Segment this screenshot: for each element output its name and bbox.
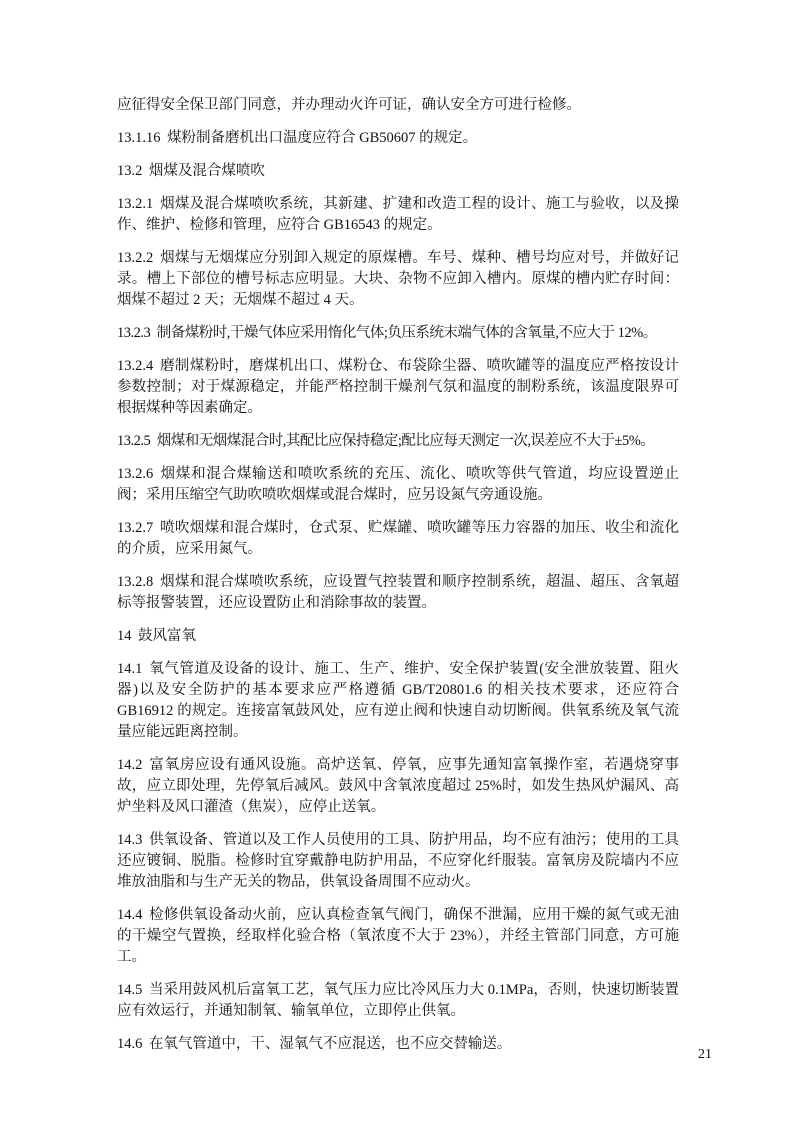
paragraph-text: 应征得安全保卫部门同意，并办理动火许可证，确认安全方可进行检修。 — [117, 97, 581, 113]
paragraph-text: 烟煤和混合煤输送和喷吹系统的充压、流化、喷吹等供气管道，均应设置逆止阀；采用压缩… — [117, 466, 679, 503]
section-number: 13.2.6 — [117, 466, 153, 482]
section-number: 13.2.2 — [117, 250, 153, 266]
section-number: 13.2.1 — [117, 196, 153, 212]
paragraph: 14.6在氧气管道中，干、湿氧气不应混送，也不应交替输送。 — [117, 1034, 679, 1055]
document-content: 应征得安全保卫部门同意，并办理动火许可证，确认安全方可进行检修。13.1.16煤… — [117, 95, 679, 1067]
paragraph-text: 鼓风富氧 — [138, 628, 196, 644]
paragraph: 14.4检修供氧设备动火前，应认真检查氧气阀门，确保不泄漏，应用干燥的氮气或无油… — [117, 905, 679, 968]
section-number: 13.1.16 — [117, 130, 161, 146]
paragraph-text: 烟煤及混合煤喷吹 — [149, 163, 265, 179]
paragraph: 应征得安全保卫部门同意，并办理动火许可证，确认安全方可进行检修。 — [117, 95, 679, 116]
section-heading: 14鼓风富氧 — [117, 626, 679, 647]
paragraph-text: 烟煤和无烟煤混合时,其配比应保持稳定;配比应每天测定一次,误差应不大于±5%。 — [157, 433, 655, 449]
paragraph-text: 当采用鼓风机后富氧工艺，氧气压力应比冷风压力大 0.1MPa，否则，快速切断装置… — [117, 982, 679, 1019]
paragraph: 13.2.5烟煤和无烟煤混合时,其配比应保持稳定;配比应每天测定一次,误差应不大… — [117, 431, 679, 452]
paragraph-text: 检修供氧设备动火前，应认真检查氧气阀门，确保不泄漏，应用干燥的氮气或无油的干燥空… — [117, 907, 679, 965]
section-number: 13.2.7 — [117, 520, 153, 536]
paragraph: 13.1.16煤粉制备磨机出口温度应符合 GB50607 的规定。 — [117, 128, 679, 149]
section-number: 13.2.5 — [117, 433, 150, 449]
section-number: 14.1 — [117, 661, 142, 677]
paragraph-text: 喷吹烟煤和混合煤时，仓式泵、贮煤罐、喷吹罐等压力容器的加压、收尘和流化的介质，应… — [117, 520, 679, 557]
paragraph-text: 烟煤及混合煤喷吹系统，其新建、扩建和改造工程的设计、施工与验收，以及操作、维护、… — [117, 196, 679, 233]
paragraph: 14.2富氧房应设有通风设施。高炉送氧、停氧，应事先通知富氧操作室，若遇烧穿事故… — [117, 755, 679, 818]
paragraph: 13.2.8烟煤和混合煤喷吹系统，应设置气控装置和顺序控制系统，超温、超压、含氧… — [117, 572, 679, 614]
section-number: 13.2.3 — [117, 325, 150, 341]
paragraph-text: 烟煤与无烟煤应分别卸入规定的原煤槽。车号、煤种、槽号均应对号，并做好记录。槽上下… — [117, 250, 679, 308]
paragraph-text: 烟煤和混合煤喷吹系统，应设置气控装置和顺序控制系统，超温、超压、含氧超标等报警装… — [117, 574, 679, 611]
paragraph: 13.2.3制备煤粉时,干燥气体应采用惰化气体;负压系统末端气体的含氧量,不应大… — [117, 323, 679, 344]
paragraph: 13.2.7喷吹烟煤和混合煤时，仓式泵、贮煤罐、喷吹罐等压力容器的加压、收尘和流… — [117, 518, 679, 560]
paragraph: 13.2.4磨制煤粉时，磨煤机出口、煤粉仓、布袋除尘器、喷吹罐等的温度应严格按设… — [117, 356, 679, 419]
section-number: 14.2 — [117, 757, 142, 773]
paragraph-text: 富氧房应设有通风设施。高炉送氧、停氧，应事先通知富氧操作室，若遇烧穿事故，应立即… — [117, 757, 679, 815]
section-heading: 13.2烟煤及混合煤喷吹 — [117, 161, 679, 182]
paragraph: 13.2.1烟煤及混合煤喷吹系统，其新建、扩建和改造工程的设计、施工与验收，以及… — [117, 194, 679, 236]
paragraph-text: 磨制煤粉时，磨煤机出口、煤粉仓、布袋除尘器、喷吹罐等的温度应严格按设计参数控制；… — [117, 358, 679, 416]
paragraph-text: 制备煤粉时,干燥气体应采用惰化气体;负压系统末端气体的含氧量,不应大于 12%。 — [157, 325, 657, 341]
paragraph-text: 氧气管道及设备的设计、施工、生产、维护、安全保护装置(安全泄放装置、阻火器)以及… — [117, 661, 679, 740]
paragraph: 13.2.2烟煤与无烟煤应分别卸入规定的原煤槽。车号、煤种、槽号均应对号，并做好… — [117, 248, 679, 311]
paragraph: 13.2.6烟煤和混合煤输送和喷吹系统的充压、流化、喷吹等供气管道，均应设置逆止… — [117, 464, 679, 506]
paragraph-text: 煤粉制备磨机出口温度应符合 GB50607 的规定。 — [167, 130, 477, 146]
section-number: 13.2 — [117, 163, 142, 179]
section-number: 14 — [117, 628, 132, 644]
section-number: 13.2.4 — [117, 358, 153, 374]
document-page: 应征得安全保卫部门同意，并办理动火许可证，确认安全方可进行检修。13.1.16煤… — [0, 0, 794, 1123]
paragraph: 14.3供氧设备、管道以及工作人员使用的工具、防护用品，均不应有油污；使用的工具… — [117, 830, 679, 893]
section-number: 14.4 — [117, 907, 142, 923]
section-number: 14.5 — [117, 982, 142, 998]
page-number: 21 — [698, 1044, 712, 1065]
paragraph: 14.5当采用鼓风机后富氧工艺，氧气压力应比冷风压力大 0.1MPa，否则，快速… — [117, 980, 679, 1022]
paragraph: 14.1氧气管道及设备的设计、施工、生产、维护、安全保护装置(安全泄放装置、阻火… — [117, 659, 679, 743]
section-number: 14.3 — [117, 832, 142, 848]
section-number: 13.2.8 — [117, 574, 153, 590]
section-number: 14.6 — [117, 1036, 142, 1052]
paragraph-text: 供氧设备、管道以及工作人员使用的工具、防护用品，均不应有油污；使用的工具还应镀铜… — [117, 832, 679, 890]
paragraph-text: 在氧气管道中，干、湿氧气不应混送，也不应交替输送。 — [149, 1036, 512, 1052]
